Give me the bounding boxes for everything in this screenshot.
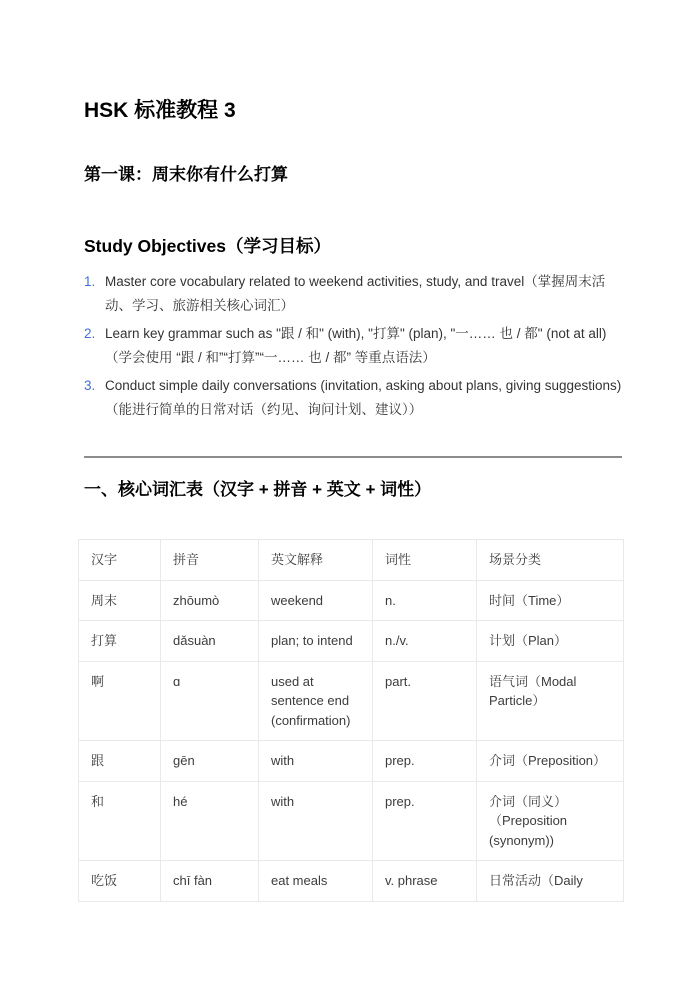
cell-category: 计划（Plan） — [477, 621, 624, 662]
document-page: HSK 标准教程 3 第一课：周末你有什么打算 Study Objectives… — [0, 0, 700, 990]
cell-english: eat meals — [259, 861, 373, 902]
objective-item-2: 2. Learn key grammar such as "跟 / 和" (wi… — [84, 322, 622, 370]
objective-item-3: 3. Conduct simple daily conversations (i… — [84, 374, 622, 422]
document-title: HSK 标准教程 3 — [84, 0, 622, 125]
cell-english: weekend — [259, 580, 373, 621]
cell-pos: v. phrase — [373, 861, 477, 902]
column-header-pos: 词性 — [373, 540, 477, 581]
cell-pinyin: chī fàn — [161, 861, 259, 902]
lesson-title: 第一课：周末你有什么打算 — [84, 163, 622, 187]
cell-hanzi: 跟 — [79, 741, 161, 782]
cell-hanzi: 周末 — [79, 580, 161, 621]
vocab-table: 汉字 拼音 英文解释 词性 场景分类 周末 zhōumò weekend n. … — [78, 539, 624, 902]
cell-pinyin: ɑ — [161, 661, 259, 741]
column-header-category: 场景分类 — [477, 540, 624, 581]
cell-hanzi: 和 — [79, 781, 161, 861]
table-row-a: 啊 ɑ used at sentence end (confirmation) … — [79, 661, 624, 741]
objectives-heading: Study Objectives（学习目标） — [84, 234, 622, 259]
column-header-english: 英文解释 — [259, 540, 373, 581]
table-row-chifan: 吃饭 chī fàn eat meals v. phrase 日常活动（Dail… — [79, 861, 624, 902]
objective-item-1: 1. Master core vocabulary related to wee… — [84, 270, 622, 318]
table-row-he: 和 hé with prep. 介词（同义）（Preposition (syno… — [79, 781, 624, 861]
cell-pos: n. — [373, 580, 477, 621]
table-row-gen: 跟 gēn with prep. 介词（Preposition） — [79, 741, 624, 782]
cell-category: 语气词（Modal Particle） — [477, 661, 624, 741]
cell-category: 时间（Time） — [477, 580, 624, 621]
cell-category: 介词（同义）（Preposition (synonym)) — [477, 781, 624, 861]
cell-pos: prep. — [373, 781, 477, 861]
cell-pinyin: gēn — [161, 741, 259, 782]
cell-pos: n./v. — [373, 621, 477, 662]
column-header-hanzi: 汉字 — [79, 540, 161, 581]
cell-pos: prep. — [373, 741, 477, 782]
objective-text: Master core vocabulary related to weeken… — [105, 270, 622, 318]
table-header-row: 汉字 拼音 英文解释 词性 场景分类 — [79, 540, 624, 581]
cell-pinyin: hé — [161, 781, 259, 861]
objectives-list: 1. Master core vocabulary related to wee… — [84, 270, 622, 422]
column-header-pinyin: 拼音 — [161, 540, 259, 581]
cell-hanzi: 打算 — [79, 621, 161, 662]
cell-english: with — [259, 781, 373, 861]
objective-text: Learn key grammar such as "跟 / 和" (with)… — [105, 322, 622, 370]
table-row-zhoumo: 周末 zhōumò weekend n. 时间（Time） — [79, 580, 624, 621]
objective-text: Conduct simple daily conversations (invi… — [105, 374, 622, 422]
table-row-dasuan: 打算 dǎsuàn plan; to intend n./v. 计划（Plan） — [79, 621, 624, 662]
cell-hanzi: 吃饭 — [79, 861, 161, 902]
cell-pinyin: zhōumò — [161, 580, 259, 621]
cell-pos: part. — [373, 661, 477, 741]
cell-category: 日常活动（Daily — [477, 861, 624, 902]
cell-category: 介词（Preposition） — [477, 741, 624, 782]
cell-english: plan; to intend — [259, 621, 373, 662]
list-number: 2. — [84, 322, 105, 346]
cell-pinyin: dǎsuàn — [161, 621, 259, 662]
list-number: 3. — [84, 374, 105, 398]
list-number: 1. — [84, 270, 105, 294]
cell-english: with — [259, 741, 373, 782]
cell-english: used at sentence end (confirmation) — [259, 661, 373, 741]
cell-hanzi: 啊 — [79, 661, 161, 741]
vocab-section-heading: 一、核心词汇表（汉字 + 拼音 + 英文 + 词性） — [84, 478, 622, 502]
horizontal-divider — [84, 456, 622, 458]
